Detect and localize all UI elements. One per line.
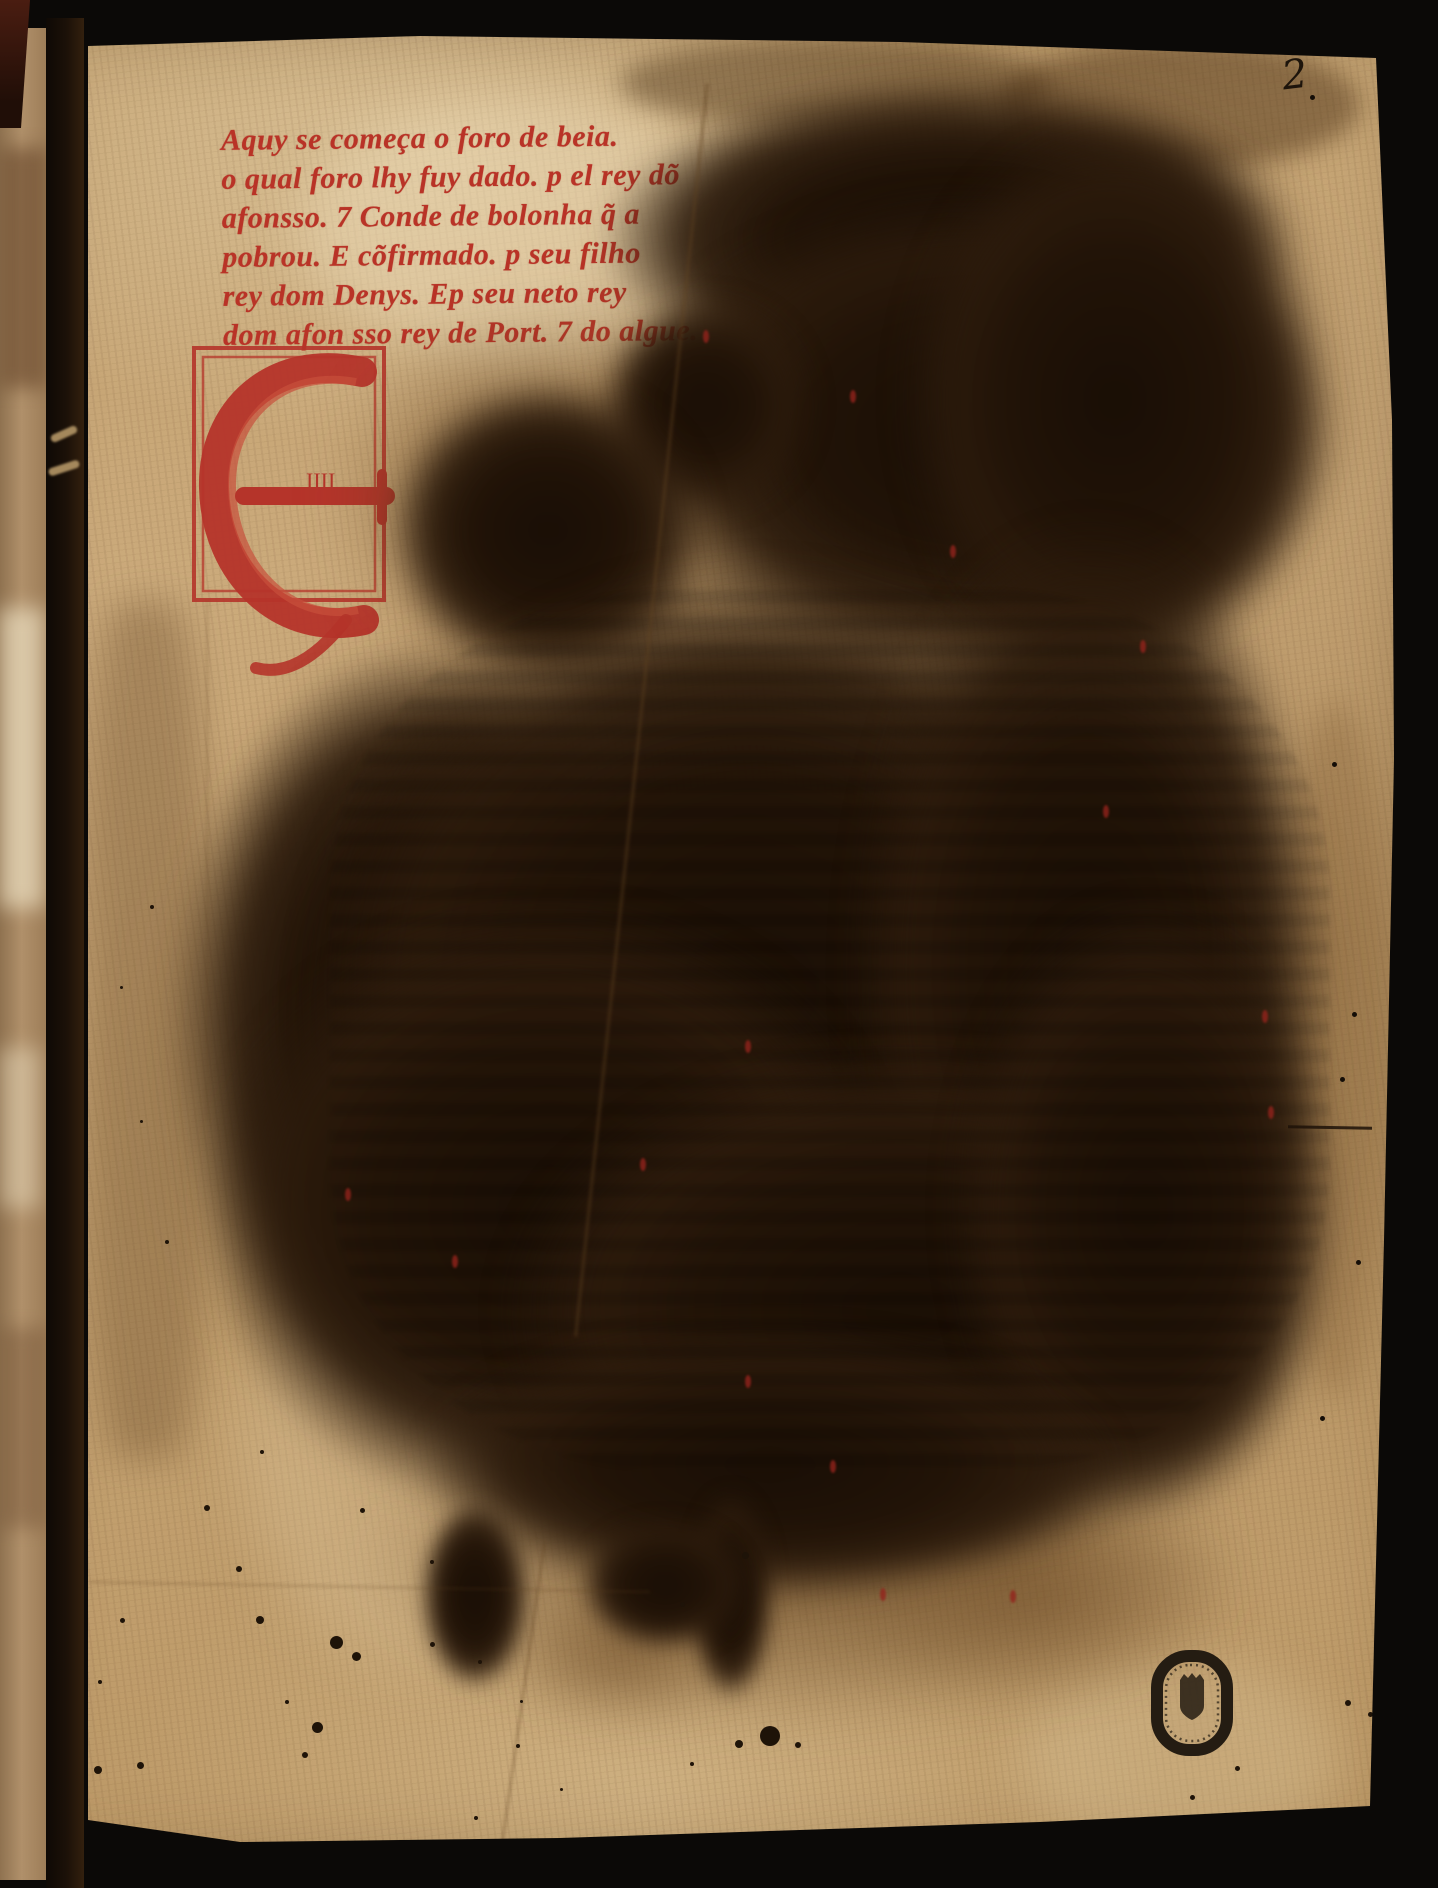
binding-gutter (46, 18, 84, 1888)
red-ink-fleck (703, 330, 709, 343)
ink-speckle (352, 1652, 361, 1661)
ink-speckle (560, 1788, 563, 1791)
facing-page-stain (0, 1328, 48, 1528)
wormhole (1332, 762, 1337, 767)
red-ink-fleck (880, 1588, 886, 1601)
ink-speckle (680, 1602, 685, 1607)
ink-speckle (516, 1744, 520, 1748)
ink-speckle (760, 1726, 780, 1746)
ink-speckle (140, 1120, 143, 1123)
ink-speckle (478, 1660, 482, 1664)
ink-speckle (120, 1618, 125, 1623)
facing-page-light-patch (0, 608, 44, 908)
folio-number: 2 (1279, 51, 1310, 100)
library-stamp (1150, 1650, 1234, 1756)
ink-speckle (1235, 1766, 1240, 1771)
ink-speckle (430, 1642, 435, 1647)
ink-speckle (98, 1680, 102, 1684)
ink-speckle (94, 1766, 102, 1774)
red-ink-fleck (850, 390, 856, 403)
red-ink-fleck (1262, 1010, 1268, 1023)
wormhole (1340, 1077, 1345, 1082)
red-ink-fleck (1140, 640, 1146, 653)
wormhole (1310, 95, 1315, 100)
red-ink-fleck (950, 545, 956, 558)
wormhole (1356, 1260, 1361, 1265)
red-ink-fleck (1010, 1590, 1016, 1603)
facing-page-light-patch (0, 1048, 40, 1208)
ghost-text-rows (330, 590, 1330, 1470)
ink-speckle (285, 1700, 289, 1704)
stamp-emblem (1180, 1673, 1204, 1720)
wormhole (1320, 1416, 1325, 1421)
ink-speckle (165, 1240, 169, 1244)
ink-drip (420, 1500, 530, 1690)
ink-speckle (795, 1742, 801, 1748)
facing-page-stain (0, 148, 48, 388)
ink-speckle (1284, 1838, 1288, 1842)
ink-speckle (330, 1636, 343, 1649)
ink-drip (580, 1520, 750, 1650)
ink-speckle (312, 1722, 323, 1733)
sewing-thread (48, 459, 81, 476)
red-ink-fleck (745, 1040, 751, 1053)
ink-speckle (236, 1566, 242, 1572)
ink-speckle (742, 1552, 749, 1559)
ink-speckle (302, 1752, 308, 1758)
ink-speckle (474, 1816, 478, 1820)
ink-speckle (1345, 1700, 1351, 1706)
manuscript-photograph: Aquy se começa o foro de beia. o qual fo… (0, 0, 1438, 1888)
ink-speckle (1398, 1738, 1403, 1743)
parchment-page: Aquy se começa o foro de beia. o qual fo… (0, 0, 1438, 1888)
ink-speckle (360, 1508, 365, 1513)
red-ink-fleck (640, 1158, 646, 1171)
red-ink-fleck (1268, 1106, 1274, 1119)
ink-speckle (520, 1700, 523, 1703)
facing-page-edge (0, 28, 48, 1880)
ink-speckle (256, 1616, 264, 1624)
red-ink-fleck (745, 1375, 751, 1388)
ink-speckle (137, 1762, 144, 1769)
red-ink-fleck (345, 1188, 351, 1201)
wormhole (1352, 1012, 1357, 1017)
ink-speckle (1368, 1712, 1373, 1717)
red-ink-fleck (1103, 805, 1109, 818)
vertical-crease (206, 600, 208, 1120)
ink-speckle (163, 1840, 168, 1845)
ink-speckle (1190, 1795, 1195, 1800)
stamp-drawing (1150, 1650, 1234, 1756)
ink-speckle (150, 905, 154, 909)
ink-speckle (260, 1450, 264, 1454)
ink-speckle (120, 986, 123, 989)
ink-speckle (430, 1560, 434, 1564)
sewing-thread (50, 425, 79, 444)
red-ink-fleck (830, 1460, 836, 1473)
ink-speckle (735, 1740, 743, 1748)
ink-speckle (690, 1762, 694, 1766)
ink-speckle (204, 1505, 210, 1511)
red-ink-fleck (452, 1255, 458, 1268)
